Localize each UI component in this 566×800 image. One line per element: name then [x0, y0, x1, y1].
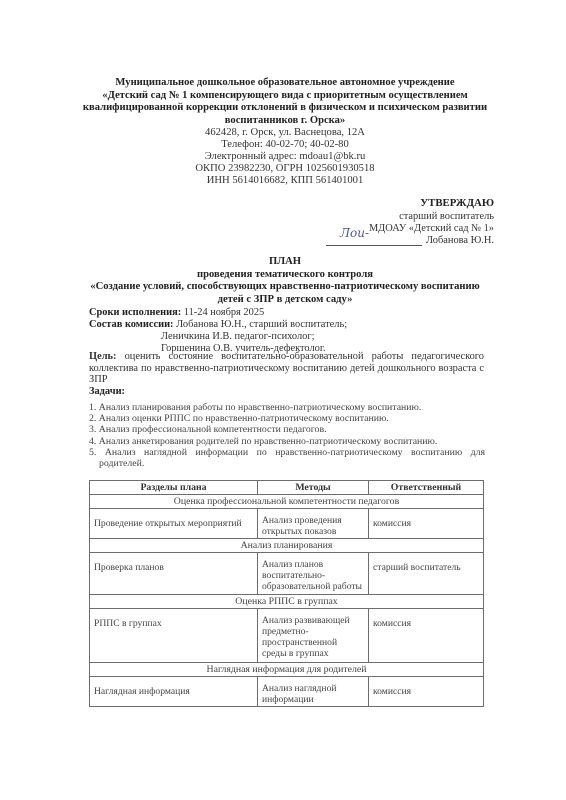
section-title: Оценка РППС в группах [90, 595, 484, 609]
cell-method: Анализ планов воспитательно-образователь… [258, 553, 369, 595]
section-title: Оценка профессиональной компетентности п… [90, 495, 484, 509]
signature-line: Лоu- [326, 234, 422, 246]
commission-member: Леничкина И.В. педагог-психолог; [89, 331, 347, 343]
plan-title: ПЛАН [60, 256, 510, 269]
cell-responsible: комиссия [369, 609, 484, 663]
cell-method: Анализ проведения открытых показов [258, 509, 369, 539]
plan-subtitle: проведения тематического контроля [60, 269, 510, 282]
table-section-row: Анализ планирования [90, 539, 484, 553]
table-section-row: Оценка профессиональной компетентности п… [90, 495, 484, 509]
table-row: Проведение открытых мероприятий Анализ п… [90, 509, 484, 539]
task-item: 1. Анализ планирования работы по нравств… [89, 402, 485, 413]
handwritten-signature: Лоu- [340, 228, 369, 240]
task-item: 3. Анализ профессиональной компетентност… [89, 424, 485, 435]
approver-name: Лобанова Ю.Н. [426, 235, 494, 247]
plan-table: Разделы плана Методы Ответственный Оценк… [89, 480, 484, 707]
cell-method: Анализ наглядной информации [258, 677, 369, 707]
org-name-line: «Детский сад № 1 компенсирующего вида с … [60, 90, 510, 103]
plan-topic-line: детей с ЗПР в детском саду» [60, 294, 510, 307]
approval-block: УТВЕРЖДАЮ старший воспитатель МДОАУ «Дет… [326, 198, 494, 246]
cell-section: РППС в группах [90, 609, 258, 663]
org-email: Электронный адрес: mdoau1@bk.ru [60, 151, 510, 163]
table-section-row: Оценка РППС в группах [90, 595, 484, 609]
org-name-line: квалифицированной коррекции отклонений в… [60, 102, 510, 115]
deadline-value: 11-24 ноября 2025 [181, 307, 264, 318]
signature-row: Лоu- Лобанова Ю.Н. [326, 234, 494, 246]
cell-responsible: старший воспитатель [369, 553, 484, 595]
cell-responsible: комиссия [369, 677, 484, 707]
column-header-sections: Разделы плана [90, 481, 258, 495]
plan-heading: ПЛАН проведения тематического контроля «… [60, 256, 510, 306]
org-name-line: воспитанников г. Орска» [60, 115, 510, 128]
plan-meta: Сроки исполнения: 11-24 ноября 2025 Сост… [89, 307, 347, 355]
deadline-row: Сроки исполнения: 11-24 ноября 2025 [89, 307, 347, 319]
document-page: Муниципальное дошкольное образовательное… [0, 0, 566, 800]
table-row: Проверка планов Анализ планов воспитател… [90, 553, 484, 595]
table-header-row: Разделы плана Методы Ответственный [90, 481, 484, 495]
plan-topic-line: «Создание условий, способствующих нравст… [60, 281, 510, 294]
task-item: 4. Анализ анкетирования родителей по нра… [89, 436, 485, 447]
column-header-responsible: Ответственный [369, 481, 484, 495]
section-title: Анализ планирования [90, 539, 484, 553]
goal-text: оценить состояние воспитательно-образова… [89, 351, 484, 385]
cell-responsible: комиссия [369, 509, 484, 539]
cell-method: Анализ развивающей предметно-пространств… [258, 609, 369, 663]
cell-section: Наглядная информация [90, 677, 258, 707]
table-row: Наглядная информация Анализ наглядной ин… [90, 677, 484, 707]
cell-section: Проверка планов [90, 553, 258, 595]
tasks-list: 1. Анализ планирования работы по нравств… [89, 402, 485, 469]
section-title: Наглядная информация для родителей [90, 663, 484, 677]
deadline-label: Сроки исполнения: [89, 307, 181, 318]
goal-paragraph: Цель: оценить состояние воспитательно-об… [89, 351, 484, 386]
org-phone: Телефон: 40-02-70; 40-02-80 [60, 139, 510, 151]
org-inn-kpp: ИНН 5614016682, КПП 561401001 [60, 175, 510, 187]
org-name-line: Муниципальное дошкольное образовательное… [60, 77, 510, 90]
table-row: РППС в группах Анализ развивающей предме… [90, 609, 484, 663]
tasks-label: Задачи: [89, 386, 125, 397]
organization-header: Муниципальное дошкольное образовательное… [60, 77, 510, 186]
org-address: 462428, г. Орск, ул. Васнецова, 12А [60, 127, 510, 139]
column-header-methods: Методы [258, 481, 369, 495]
org-okpo-ogrn: ОКПО 23982230, ОГРН 1025601930518 [60, 163, 510, 175]
commission-member: Лобанова Ю.Н., старший воспитатель; [174, 319, 348, 330]
task-item: 5. Анализ наглядной информации по нравст… [89, 447, 485, 469]
table-section-row: Наглядная информация для родителей [90, 663, 484, 677]
commission-label: Состав комиссии: [89, 319, 174, 330]
approval-title: УТВЕРЖДАЮ [326, 198, 494, 210]
goal-label: Цель: [89, 351, 116, 362]
approver-position: старший воспитатель [326, 211, 494, 223]
cell-section: Проведение открытых мероприятий [90, 509, 258, 539]
commission-row: Состав комиссии: Лобанова Ю.Н., старший … [89, 319, 347, 331]
task-item: 2. Анализ оценки РППС по нравственно-пат… [89, 413, 485, 424]
